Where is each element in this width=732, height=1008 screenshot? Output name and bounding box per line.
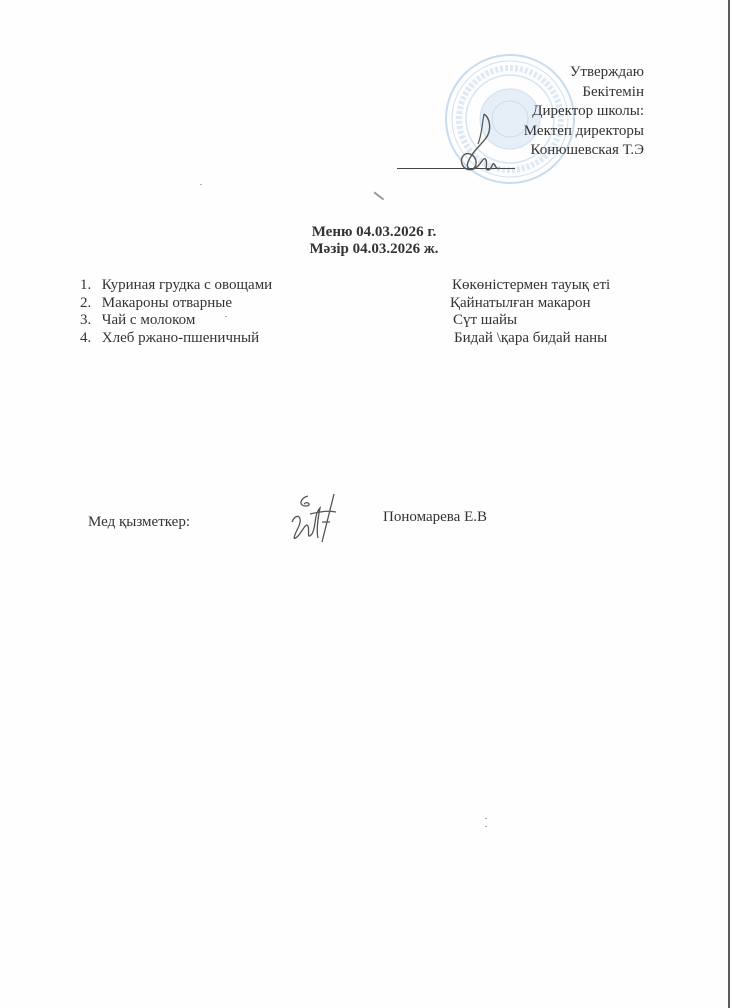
scan-speck bbox=[485, 826, 487, 827]
menu-item-ru: 4. Хлеб ржано-пшеничный bbox=[80, 330, 272, 348]
approval-line: Утверждаю bbox=[524, 63, 644, 83]
scanned-document-page: Утверждаю Бекітемін Директор школы: Мект… bbox=[0, 0, 732, 1008]
director-signature-icon bbox=[452, 112, 512, 174]
medic-signature-icon bbox=[288, 492, 348, 544]
director-name: Конюшевская Т.Э bbox=[524, 141, 644, 161]
scan-edge-line bbox=[728, 0, 730, 1008]
menu-list-kz: Көкөністермен тауық еті Қайнатылған мака… bbox=[450, 277, 610, 347]
approval-line: Директор школы: bbox=[524, 102, 644, 122]
menu-title-ru: Меню 04.03.2026 г. bbox=[8, 224, 732, 241]
scan-speck bbox=[225, 316, 227, 317]
menu-item-kz: Бидай \қара бидай наны bbox=[450, 330, 610, 348]
menu-title-kz: Мәзір 04.03.2026 ж. bbox=[8, 241, 732, 258]
scan-speck bbox=[485, 818, 487, 819]
menu-item-kz: Қайнатылған макарон bbox=[450, 295, 610, 313]
approval-line: Бекітемін bbox=[524, 83, 644, 103]
scan-mark bbox=[374, 191, 384, 200]
scan-speck bbox=[200, 184, 202, 185]
menu-item-ru: 1. Куриная грудка с овощами bbox=[80, 277, 272, 295]
approval-block: Утверждаю Бекітемін Директор школы: Мект… bbox=[524, 63, 644, 161]
menu-item-kz: Көкөністермен тауық еті bbox=[450, 277, 610, 295]
menu-item-ru: 2. Макароны отварные bbox=[80, 295, 272, 313]
medic-label: Мед қызметкер: bbox=[88, 514, 190, 531]
menu-item-kz: Сүт шайы bbox=[450, 312, 610, 330]
medic-name: Пономарева Е.В bbox=[383, 509, 487, 526]
approval-line: Мектеп директоры bbox=[524, 122, 644, 142]
menu-list-ru: 1. Куриная грудка с овощами 2. Макароны … bbox=[80, 277, 272, 347]
menu-item-ru: 3. Чай с молоком bbox=[80, 312, 272, 330]
